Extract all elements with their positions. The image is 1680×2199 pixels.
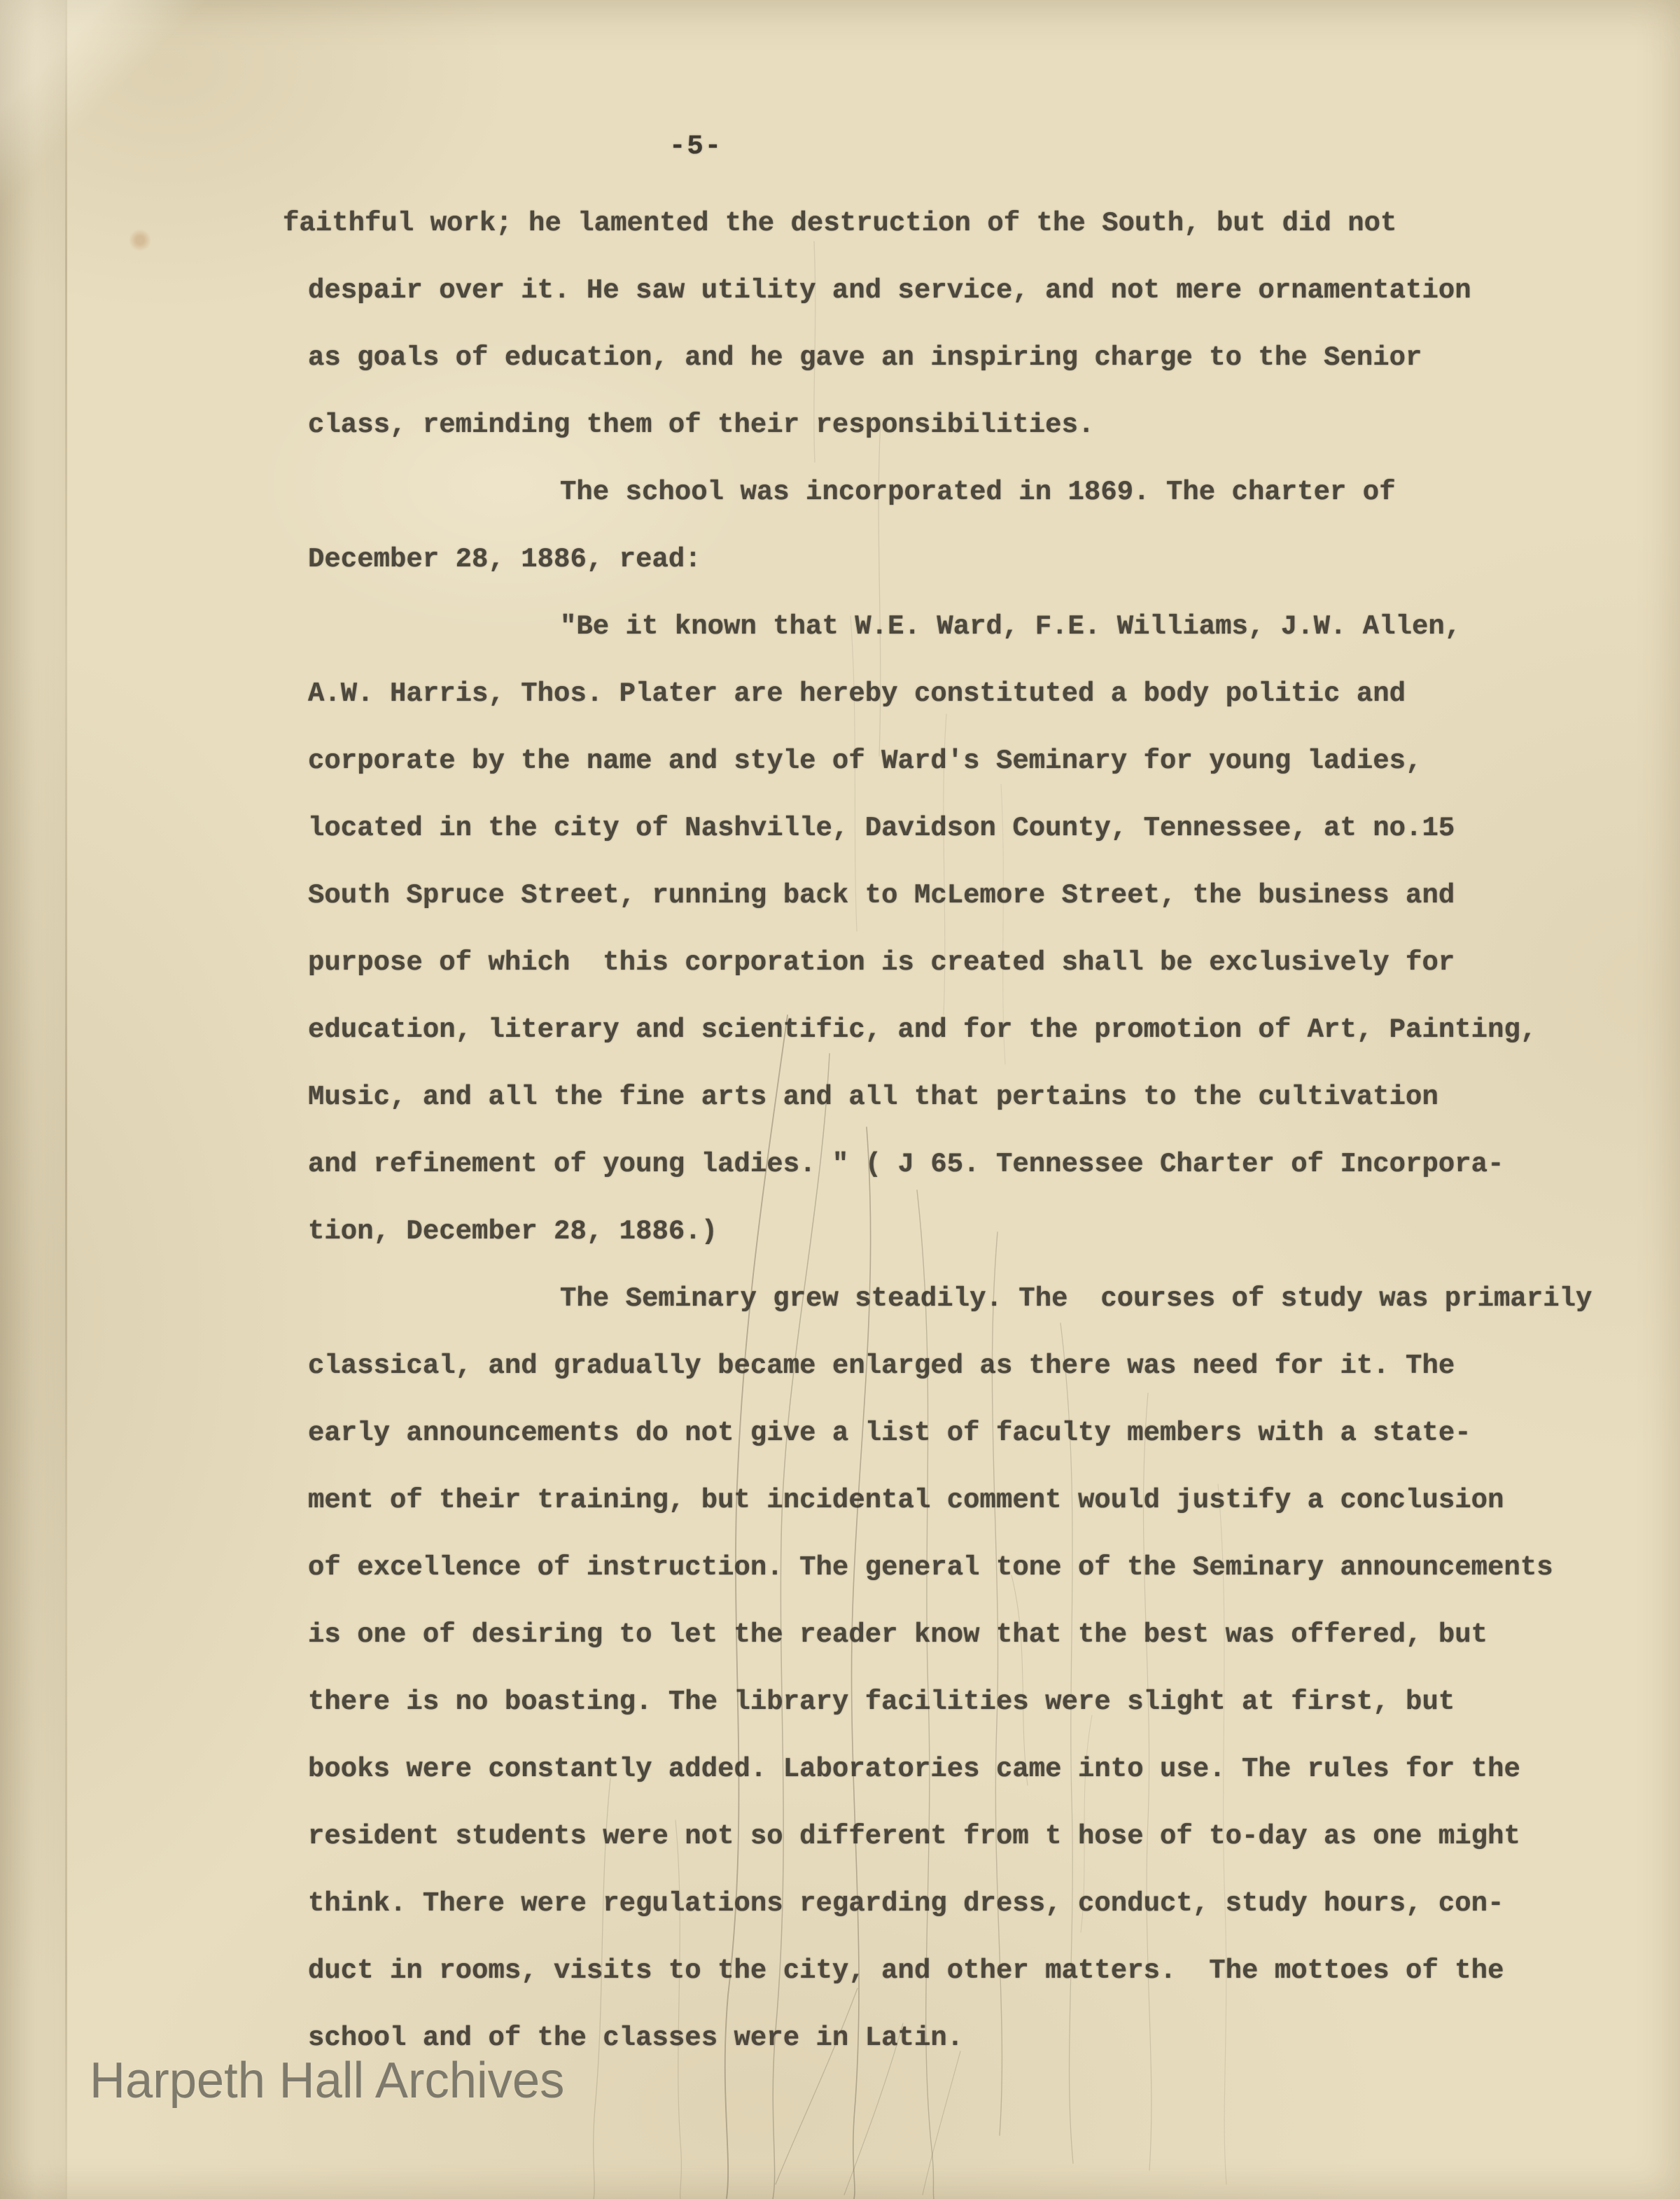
typed-line: resident students were not so different … xyxy=(308,1803,1624,1870)
typed-line: classical, and gradually became enlarged… xyxy=(308,1332,1624,1399)
typed-line: December 28, 1886, read: xyxy=(308,526,1624,593)
scanned-document-page: -5- faithful work; he lamented the destr… xyxy=(0,0,1680,2199)
typed-line: class, reminding them of their responsib… xyxy=(308,391,1624,459)
typed-line: A.W. Harris, Thos. Plater are hereby con… xyxy=(308,660,1624,727)
page-number: -5- xyxy=(669,133,722,160)
typed-line: duct in rooms, visits to the city, and o… xyxy=(308,1937,1624,2004)
typed-line: there is no boasting. The library facili… xyxy=(308,1668,1624,1736)
typed-line: think. There were regulations regarding … xyxy=(308,1870,1624,1937)
vertical-fold-crease xyxy=(65,0,67,2199)
typed-line: South Spruce Street, running back to McL… xyxy=(308,862,1624,929)
typed-line: faithful work; he lamented the destructi… xyxy=(283,190,1624,257)
typed-text-block: faithful work; he lamented the destructi… xyxy=(308,190,1624,2072)
typed-line: located in the city of Nashville, Davids… xyxy=(308,795,1624,862)
typed-line: tion, December 28, 1886.) xyxy=(308,1198,1624,1265)
typed-line: The Seminary grew steadily. The courses … xyxy=(308,1265,1624,1332)
typed-line: of excellence of instruction. The genera… xyxy=(308,1534,1624,1601)
typed-line: is one of desiring to let the reader kno… xyxy=(308,1601,1624,1668)
left-edge-shading xyxy=(0,0,65,2199)
typed-line: despair over it. He saw utility and serv… xyxy=(308,257,1624,324)
typed-line: Music, and all the fine arts and all tha… xyxy=(308,1063,1624,1131)
typed-line: and refinement of young ladies. " ( J 65… xyxy=(308,1131,1624,1198)
typed-line: ment of their training, but incidental c… xyxy=(308,1467,1624,1534)
typed-line: education, literary and scientific, and … xyxy=(308,996,1624,1063)
typed-line: early announcements do not give a list o… xyxy=(308,1399,1624,1467)
typed-line: corporate by the name and style of Ward'… xyxy=(308,727,1624,795)
typed-line: as goals of education, and he gave an in… xyxy=(308,324,1624,391)
typed-line: "Be it known that W.E. Ward, F.E. Willia… xyxy=(308,593,1624,660)
typed-line: The school was incorporated in 1869. The… xyxy=(308,459,1624,526)
typed-line: purpose of which this corporation is cre… xyxy=(308,929,1624,996)
typed-line: books were constantly added. Laboratorie… xyxy=(308,1736,1624,1803)
archive-watermark: Harpeth Hall Archives xyxy=(90,2055,564,2106)
